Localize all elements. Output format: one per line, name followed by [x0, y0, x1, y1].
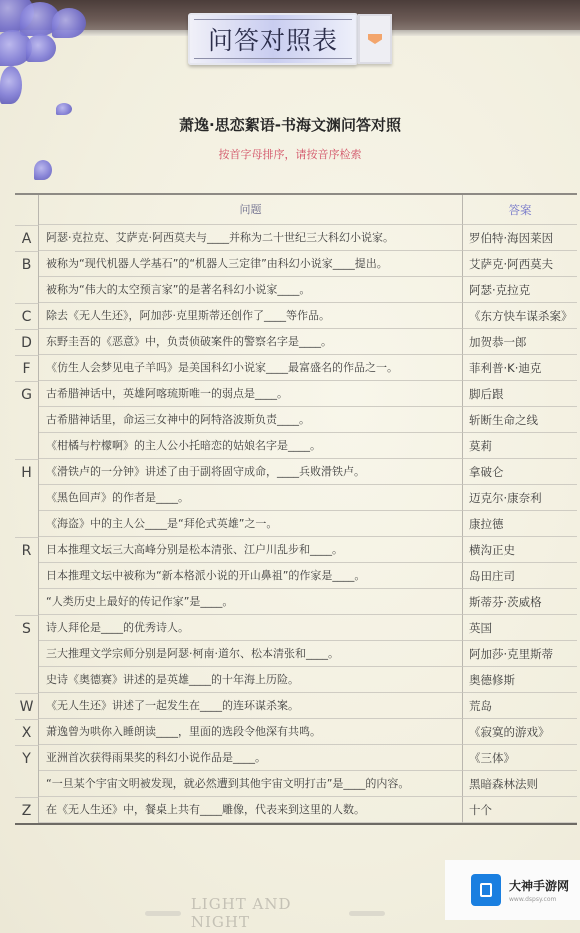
row-answer: 岛田庄司	[462, 563, 577, 589]
row-letter	[15, 485, 39, 511]
row-letter: A	[15, 225, 39, 251]
watermark-url: www.dspsy.com	[509, 896, 569, 903]
tag-title: 问答对照表	[208, 21, 338, 57]
row-question: 日本推理文坛中被称为“新本格派小说的开山鼻祖”的作家是____。	[39, 563, 462, 589]
shopping-bag-icon	[471, 874, 501, 906]
row-letter	[15, 641, 39, 667]
row-question: 《滑铁卢的一分钟》讲述了由于副将固守成命，____兵败滑铁卢。	[39, 459, 462, 485]
row-letter	[15, 511, 39, 537]
table-row: “一旦某个宇宙文明被发现，就必然遭到其他宇宙文明打击”是____的内容。黑暗森林…	[15, 771, 577, 797]
ornament-left-icon	[145, 911, 181, 916]
row-question: 《黑色回声》的作者是____。	[39, 485, 462, 511]
row-letter	[15, 589, 39, 615]
ornament-right-icon	[349, 911, 385, 916]
row-answer: 拿破仑	[462, 459, 577, 485]
row-letter: X	[15, 719, 39, 745]
row-answer: 艾萨克·阿西莫夫	[462, 251, 577, 277]
row-letter: H	[15, 459, 39, 485]
row-question: 除去《无人生还》，阿加莎·克里斯蒂还创作了____等作品。	[39, 303, 462, 329]
table-row: 被称为“伟大的太空预言家”的是著名科幻小说家____。阿瑟·克拉克	[15, 277, 577, 303]
watermark-name: 大神手游网	[509, 877, 569, 894]
table-row: W《无人生还》讲述了一起发生在____的连环谋杀案。荒岛	[15, 693, 577, 719]
table-row: 《黑色回声》的作者是____。迈克尔·康奈利	[15, 485, 577, 511]
row-letter	[15, 563, 39, 589]
row-question: “人类历史上最好的传记作家”是____。	[39, 589, 462, 615]
row-answer: 阿瑟·克拉克	[462, 277, 577, 303]
row-question: 日本推理文坛三大高峰分别是松本清张、江户川乱步和____。	[39, 537, 462, 563]
row-answer: 脚后跟	[462, 381, 577, 407]
row-letter: F	[15, 355, 39, 381]
row-answer: 荒岛	[462, 693, 577, 719]
row-question: 古希腊神话里，命运三女神中的阿特洛波斯负责____。	[39, 407, 462, 433]
row-answer: 加贺恭一郎	[462, 329, 577, 355]
row-question: 亚洲首次获得雨果奖的科幻小说作品是____。	[39, 745, 462, 771]
heart-icon	[368, 34, 382, 44]
row-letter	[15, 667, 39, 693]
table-row: Z在《无人生还》中，餐桌上共有____雕像，代表来到这里的人数。十个	[15, 797, 577, 823]
table-row: 日本推理文坛中被称为“新本格派小说的开山鼻祖”的作家是____。岛田庄司	[15, 563, 577, 589]
row-letter: D	[15, 329, 39, 355]
table-row: 古希腊神话里，命运三女神中的阿特洛波斯负责____。斩断生命之线	[15, 407, 577, 433]
table-row: X萧逸曾为哄你入睡朗读____，里面的选段令他深有共鸣。《寂寞的游戏》	[15, 719, 577, 745]
table-row: D东野圭吾的《恶意》中，负责侦破案件的警察名字是____。加贺恭一郎	[15, 329, 577, 355]
table-row: H《滑铁卢的一分钟》讲述了由于副将固守成命，____兵败滑铁卢。拿破仑	[15, 459, 577, 485]
row-question: 《柑橘与柠檬啊》的主人公小托暗恋的姑娘名字是____。	[39, 433, 462, 459]
row-question: 被称为“伟大的太空预言家”的是著名科幻小说家____。	[39, 277, 462, 303]
row-question: “一旦某个宇宙文明被发现，就必然遭到其他宇宙文明打击”是____的内容。	[39, 771, 462, 797]
watermark: 大神手游网 www.dspsy.com	[445, 860, 580, 920]
row-letter: Z	[15, 797, 39, 823]
row-letter: Y	[15, 745, 39, 771]
row-question: 《海盗》中的主人公____是“拜伦式英雄”之一。	[39, 511, 462, 537]
row-letter	[15, 771, 39, 797]
table-row: Y亚洲首次获得雨果奖的科幻小说作品是____。《三体》	[15, 745, 577, 771]
tag-stub	[358, 14, 392, 64]
table-row: 《柑橘与柠檬啊》的主人公小托暗恋的姑娘名字是____。莫莉	[15, 433, 577, 459]
table-row: S诗人拜伦是____的优秀诗人。英国	[15, 615, 577, 641]
table-row: 三大推理文学宗师分别是阿瑟·柯南·道尔、松本清张和____。阿加莎·克里斯蒂	[15, 641, 577, 667]
row-answer: 阿加莎·克里斯蒂	[462, 641, 577, 667]
row-question: 阿瑟·克拉克、艾萨克·阿西莫夫与____并称为二十世纪三大科幻小说家。	[39, 225, 462, 251]
table-row: C除去《无人生还》，阿加莎·克里斯蒂还创作了____等作品。《东方快车谋杀案》	[15, 303, 577, 329]
question-header: 问题	[39, 195, 462, 225]
footer-text: LIGHT AND NIGHT	[191, 895, 339, 931]
table-row: 史诗《奥德赛》讲述的是英雄____的十年海上历险。奥德修斯	[15, 667, 577, 693]
row-answer: 英国	[462, 615, 577, 641]
title-tag: 问答对照表	[188, 13, 358, 65]
row-answer: 奥德修斯	[462, 667, 577, 693]
row-letter: B	[15, 251, 39, 277]
row-answer: 斩断生命之线	[462, 407, 577, 433]
row-letter: R	[15, 537, 39, 563]
row-answer: 罗伯特·海因莱因	[462, 225, 577, 251]
row-letter	[15, 407, 39, 433]
table-row: G古希腊神话中，英雄阿喀琉斯唯一的弱点是____。脚后跟	[15, 381, 577, 407]
page-subtitle: 按首字母排序，请按音序检索	[0, 146, 580, 162]
footer-banner: LIGHT AND NIGHT	[145, 898, 385, 928]
row-question: 古希腊神话中，英雄阿喀琉斯唯一的弱点是____。	[39, 381, 462, 407]
qa-table: 问题 答案 A阿瑟·克拉克、艾萨克·阿西莫夫与____并称为二十世纪三大科幻小说…	[15, 193, 577, 825]
table-row: R日本推理文坛三大高峰分别是松本清张、江户川乱步和____。横沟正史	[15, 537, 577, 563]
row-question: 史诗《奥德赛》讲述的是英雄____的十年海上历险。	[39, 667, 462, 693]
row-letter: S	[15, 615, 39, 641]
row-answer: 《东方快车谋杀案》	[462, 303, 577, 329]
row-answer: 斯蒂芬·茨威格	[462, 589, 577, 615]
row-question: 东野圭吾的《恶意》中，负责侦破案件的警察名字是____。	[39, 329, 462, 355]
row-answer: 黑暗森林法则	[462, 771, 577, 797]
row-letter: G	[15, 381, 39, 407]
row-answer: 菲利普·K·迪克	[462, 355, 577, 381]
table-header: 问题 答案	[15, 195, 577, 225]
row-answer: 十个	[462, 797, 577, 823]
table-row: A阿瑟·克拉克、艾萨克·阿西莫夫与____并称为二十世纪三大科幻小说家。罗伯特·…	[15, 225, 577, 251]
row-letter	[15, 277, 39, 303]
answer-header: 答案	[462, 195, 577, 225]
row-answer: 康拉德	[462, 511, 577, 537]
row-question: 萧逸曾为哄你入睡朗读____，里面的选段令他深有共鸣。	[39, 719, 462, 745]
row-letter: W	[15, 693, 39, 719]
row-question: 《仿生人会梦见电子羊吗》是美国科幻小说家____最富盛名的作品之一。	[39, 355, 462, 381]
table-row: B被称为“现代机器人学基石”的“机器人三定律”由科幻小说家____提出。艾萨克·…	[15, 251, 577, 277]
table-row: F《仿生人会梦见电子羊吗》是美国科幻小说家____最富盛名的作品之一。菲利普·K…	[15, 355, 577, 381]
row-question: 诗人拜伦是____的优秀诗人。	[39, 615, 462, 641]
row-answer: 迈克尔·康奈利	[462, 485, 577, 511]
row-letter	[15, 433, 39, 459]
row-question: 《无人生还》讲述了一起发生在____的连环谋杀案。	[39, 693, 462, 719]
row-letter: C	[15, 303, 39, 329]
table-row: “人类历史上最好的传记作家”是____。斯蒂芬·茨威格	[15, 589, 577, 615]
page-title: 萧逸·思恋絮语-书海文渊问答对照	[0, 114, 580, 135]
row-answer: 横沟正史	[462, 537, 577, 563]
row-question: 被称为“现代机器人学基石”的“机器人三定律”由科幻小说家____提出。	[39, 251, 462, 277]
table-bottom-rule	[15, 823, 577, 825]
row-question: 在《无人生还》中，餐桌上共有____雕像，代表来到这里的人数。	[39, 797, 462, 823]
letter-header	[15, 195, 39, 225]
row-answer: 《寂寞的游戏》	[462, 719, 577, 745]
table-row: 《海盗》中的主人公____是“拜伦式英雄”之一。康拉德	[15, 511, 577, 537]
row-answer: 《三体》	[462, 745, 577, 771]
row-answer: 莫莉	[462, 433, 577, 459]
row-question: 三大推理文学宗师分别是阿瑟·柯南·道尔、松本清张和____。	[39, 641, 462, 667]
